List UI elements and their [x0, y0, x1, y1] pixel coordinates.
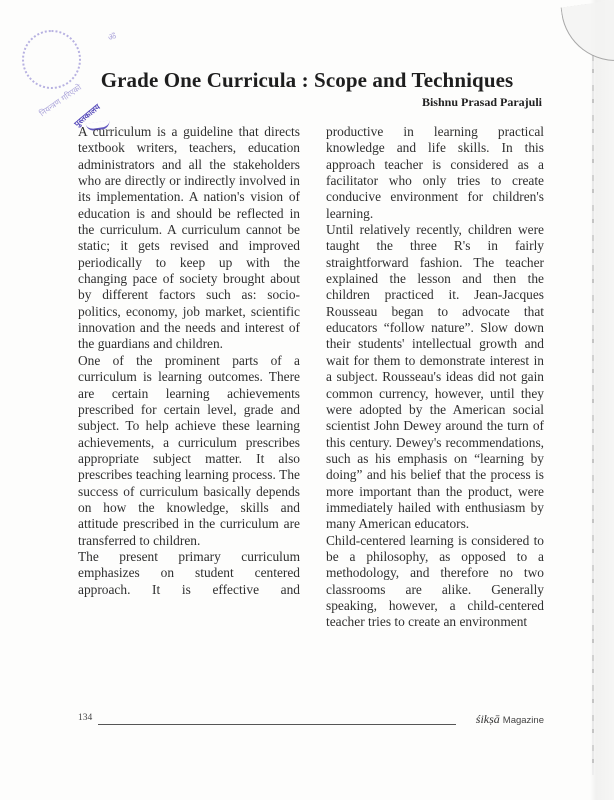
- magazine-label: Magazine: [503, 715, 544, 726]
- paragraph: Child-centered learning is considered to…: [326, 533, 544, 631]
- paragraph: Until relatively recently, children were…: [326, 222, 544, 533]
- page-footer: 134 śikṣāMagazine: [78, 713, 544, 729]
- magazine-name: śikṣā: [476, 712, 500, 726]
- article-title: Grade One Curricula : Scope and Techniqu…: [0, 68, 614, 93]
- paragraph: A curriculum is a guideline that directs…: [78, 124, 300, 353]
- page-number: 134: [78, 713, 92, 723]
- paragraph: The present primary curriculum emphasize…: [78, 549, 300, 598]
- footer-divider: [98, 724, 456, 725]
- paragraph: productive in learning practical knowled…: [326, 124, 544, 222]
- magazine-brand: śikṣāMagazine: [476, 712, 544, 727]
- article-author: Bishnu Prasad Parajuli: [422, 95, 542, 110]
- torn-page-edge: [592, 55, 594, 775]
- scanned-page-edge-shadow: [574, 0, 614, 800]
- stamp-mark-icon: ॐ: [108, 30, 116, 43]
- text-column-left: A curriculum is a guideline that directs…: [78, 124, 300, 598]
- paragraph: One of the prominent parts of a curricul…: [78, 353, 300, 549]
- text-column-right: productive in learning practical knowled…: [326, 124, 544, 631]
